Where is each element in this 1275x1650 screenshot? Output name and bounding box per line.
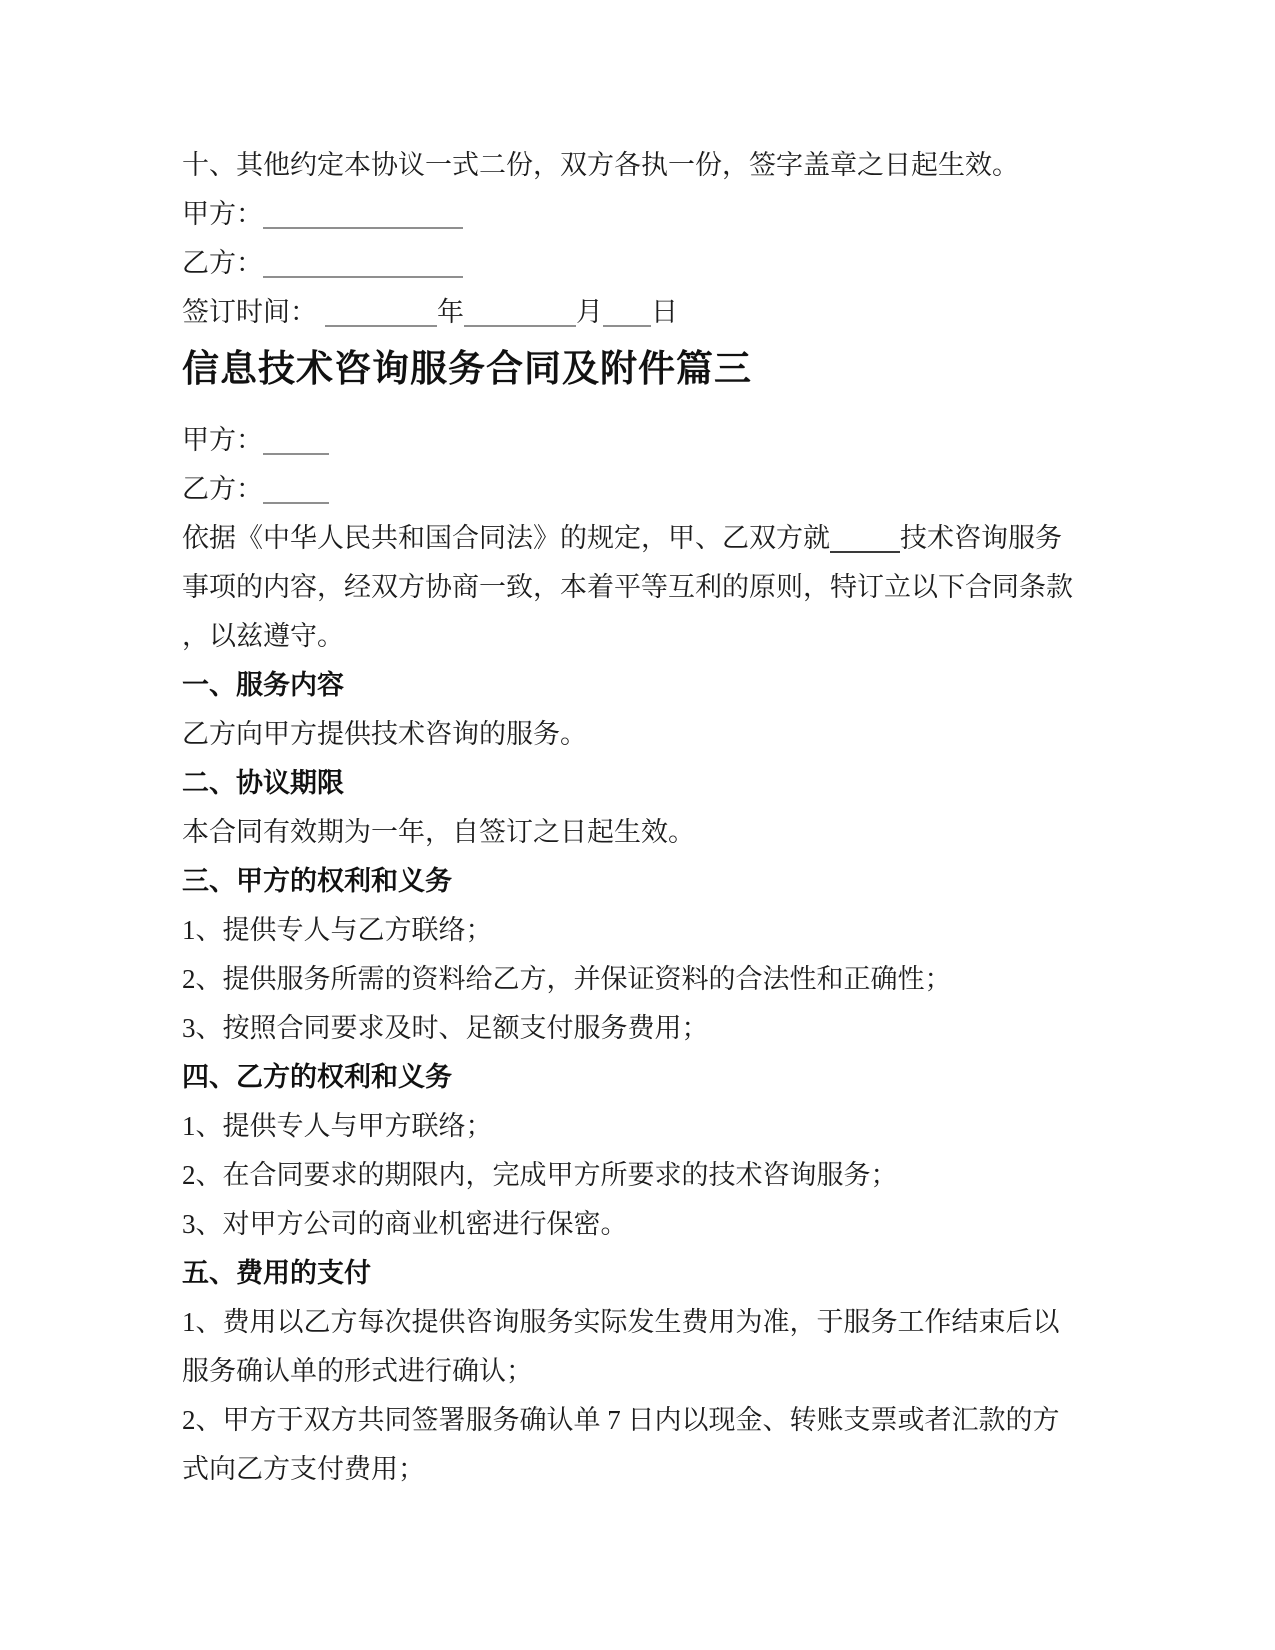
section-1-heading: 一、服务内容 <box>182 661 1082 710</box>
sign-year-blank-field <box>325 325 437 327</box>
party-a-label: 甲方： <box>182 199 263 229</box>
contract3-party-a-blank-field <box>263 453 329 455</box>
year-label: 年 <box>437 297 464 327</box>
section-4-heading: 四、乙方的权利和义务 <box>182 1053 1082 1102</box>
contract-document-page: 十、其他约定本协议一式二份，双方各执一份，签字盖章之日起生效。 甲方： 乙方： … <box>0 0 1275 1650</box>
clause-ten-text: 十、其他约定本协议一式二份，双方各执一份，签字盖章之日起生效。 <box>182 150 1019 180</box>
section-3-item-1: 1、提供专人与乙方联络； <box>182 906 1082 955</box>
section-3-heading: 三、甲方的权利和义务 <box>182 857 1082 906</box>
section-3-item-2: 2、提供服务所需的资料给乙方，并保证资料的合法性和正确性； <box>182 955 1082 1004</box>
section-4-item-3: 3、对甲方公司的商业机密进行保密。 <box>182 1200 1082 1249</box>
clause-ten-line: 十、其他约定本协议一式二份，双方各执一份，签字盖章之日起生效。 <box>182 141 1082 190</box>
day-label: 日 <box>651 297 678 327</box>
contract-title: 信息技术咨询服务合同及附件篇三 <box>182 337 1082 401</box>
contract3-party-a-line: 甲方： <box>182 416 1082 465</box>
contract3-intro-paragraph: 依据《中华人民共和国合同法》的规定，甲、乙双方就技术咨询服务事项的内容，经双方协… <box>182 514 1082 661</box>
section-2-item-1: 本合同有效期为一年，自签订之日起生效。 <box>182 808 1082 857</box>
party-a-blank-field <box>263 227 463 229</box>
section-5-item-2: 2、甲方于双方共同签署服务确认单 7 日内以现金、转账支票或者汇款的方式向乙方支… <box>182 1396 1082 1494</box>
contract3-party-b-line: 乙方： <box>182 465 1082 514</box>
section-2-heading: 二、协议期限 <box>182 759 1082 808</box>
month-label: 月 <box>576 297 603 327</box>
section-4-item-2: 2、在合同要求的期限内，完成甲方所要求的技术咨询服务； <box>182 1151 1082 1200</box>
contract3-party-b-label: 乙方： <box>182 474 263 504</box>
section-3-item-3: 3、按照合同要求及时、足额支付服务费用； <box>182 1004 1082 1053</box>
document-content: 十、其他约定本协议一式二份，双方各执一份，签字盖章之日起生效。 甲方： 乙方： … <box>182 141 1082 1494</box>
section-5-item-1: 1、费用以乙方每次提供咨询服务实际发生费用为准，于服务工作结束后以服务确认单的形… <box>182 1298 1082 1396</box>
intro-subject-blank-field <box>830 551 900 553</box>
party-b-label: 乙方： <box>182 248 263 278</box>
sign-month-blank-field <box>464 325 576 327</box>
intro-text-before-blank: 依据《中华人民共和国合同法》的规定，甲、乙双方就 <box>182 523 830 553</box>
party-a-signature-line: 甲方： <box>182 190 1082 239</box>
sign-time-line: 签订时间：年月日 <box>182 288 1082 337</box>
party-b-signature-line: 乙方： <box>182 239 1082 288</box>
section-5-heading: 五、费用的支付 <box>182 1249 1082 1298</box>
party-b-blank-field <box>263 276 463 278</box>
section-4-item-1: 1、提供专人与甲方联络； <box>182 1102 1082 1151</box>
section-1-item-1: 乙方向甲方提供技术咨询的服务。 <box>182 710 1082 759</box>
contract3-party-b-blank-field <box>263 502 329 504</box>
sign-day-blank-field <box>603 325 651 327</box>
sign-time-label: 签订时间： <box>182 297 317 327</box>
contract3-party-a-label: 甲方： <box>182 425 263 455</box>
